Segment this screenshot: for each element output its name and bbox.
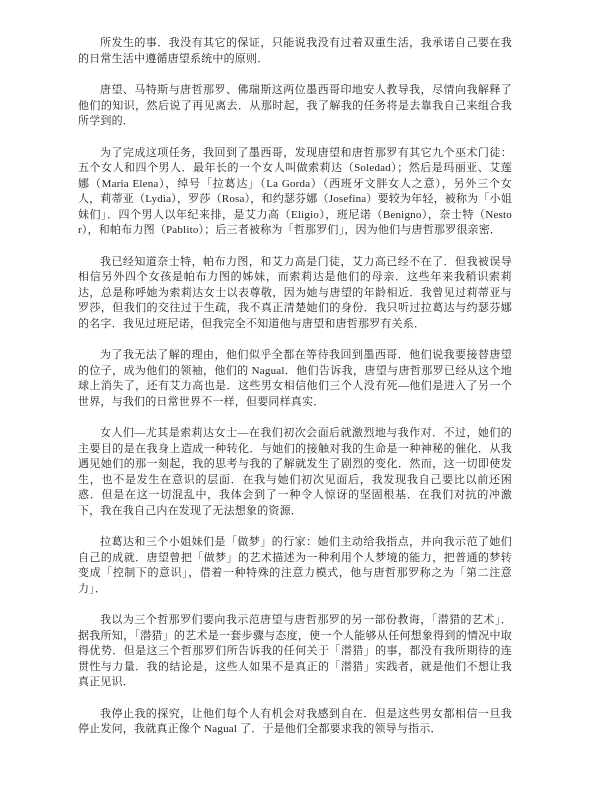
paragraph: 女人们—尤其是索莉达女士—在我们初次会面后就激烈地与我作对．不过，她们的主要目的…	[78, 426, 512, 519]
paragraph: 所发生的事．我没有其它的保证，只能说我没有过着双重生活，我承诺自己要在我的日常生…	[78, 36, 512, 67]
paragraph: 拉葛达和三个小姐妹们是「做梦」的行家：她们主动给我指点，并向我示范了她们自己的成…	[78, 535, 512, 597]
paragraph: 我停止我的探究，让他们每个人有机会对我感到自在．但是这些男女都相信一旦我停止发问…	[78, 707, 512, 738]
paragraph: 我已经知道奈士特，帕布力图，和艾力高是门徒，艾力高已经不在了．但我被误导相信另外…	[78, 255, 512, 333]
document-page: 所发生的事．我没有其它的保证，只能说我没有过着双重生活，我承诺自己要在我的日常生…	[0, 0, 590, 805]
paragraph: 我以为三个哲那罗们要向我示范唐望与唐哲那罗的另一部份教诲，「潜猎的艺术」．据我所…	[78, 613, 512, 691]
paragraph: 唐望、马特斯与唐哲那罗、佛瑞斯这两位墨西哥印地安人教导我，尽情向我解释了他们的知…	[78, 83, 512, 130]
paragraph: 为了我无法了解的理由，他们似乎全都在等待我回到墨西哥．他们说我要接替唐望的位子，…	[78, 348, 512, 410]
paragraph: 为了完成这项任务，我回到了墨西哥，发现唐望和唐哲那罗有其它九个巫术门徒：五个女人…	[78, 146, 512, 239]
